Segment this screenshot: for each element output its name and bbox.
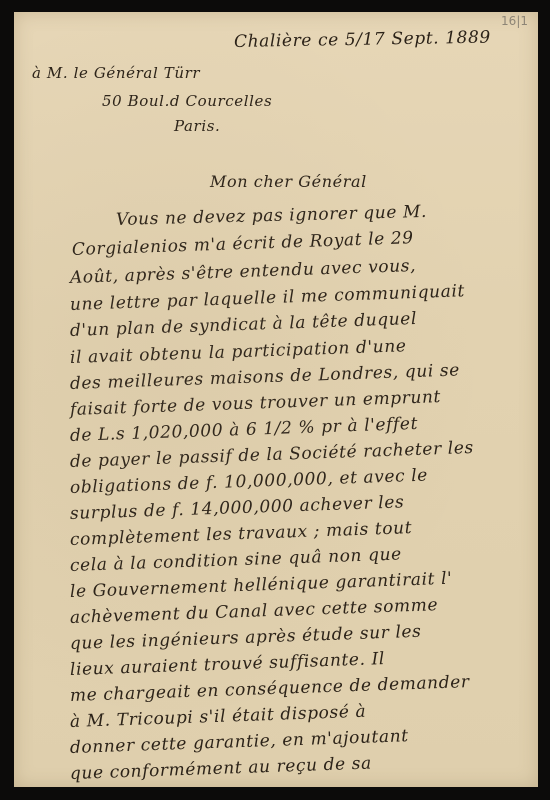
addressee-line-3: Paris. bbox=[174, 117, 220, 135]
body-line: d'un plan de syndicat à la tête duquel bbox=[70, 309, 418, 341]
body-line: à M. Tricoupi s'il était disposé à bbox=[70, 702, 367, 732]
dateline: Chalière ce 5/17 Sept. 1889 bbox=[234, 28, 491, 52]
body-line: que conformément au reçu de sa bbox=[70, 753, 372, 784]
body-line: Corgialenios m'a écrit de Royat le 29 bbox=[72, 228, 414, 260]
body-line: Août, après s'être entendu avec vous, bbox=[70, 256, 417, 288]
addressee-line-2: 50 Boul.d Courcelles bbox=[102, 92, 272, 110]
body-line: lieux auraient trouvé suffisante. Il bbox=[70, 649, 386, 680]
letter-page: 16|1 Chalière ce 5/17 Sept. 1889 à M. le… bbox=[14, 12, 538, 787]
body-line: Vous ne devez pas ignorer que M. bbox=[116, 202, 428, 230]
addressee-line-1: à M. le Général Türr bbox=[32, 64, 200, 82]
folio-number: 16|1 bbox=[501, 14, 528, 28]
salutation: Mon cher Général bbox=[210, 172, 367, 191]
